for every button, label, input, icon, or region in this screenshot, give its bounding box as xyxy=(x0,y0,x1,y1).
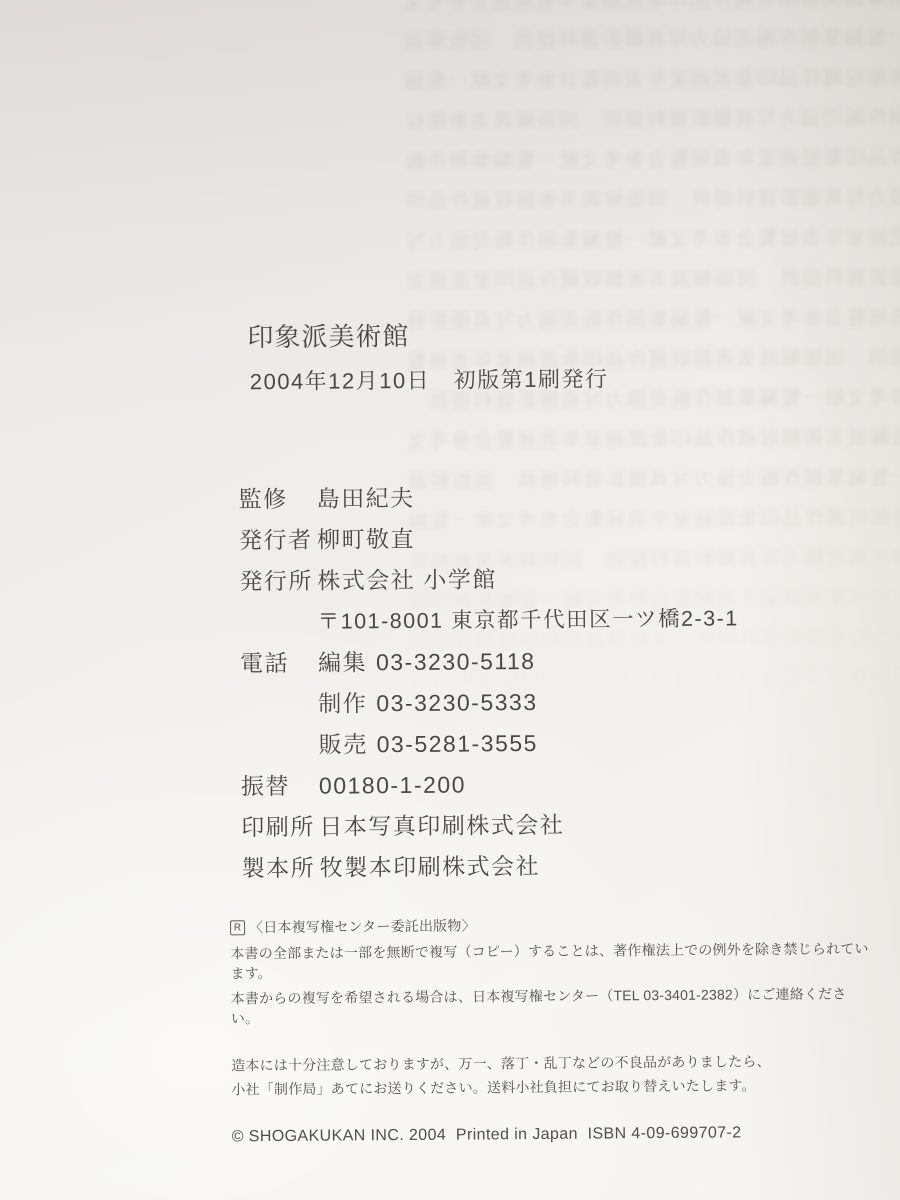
printer-label: 印刷所 xyxy=(241,815,319,841)
row-phone-editorial: 電話 編集03-3230-5118 xyxy=(240,647,800,676)
colophon-page-photo: 図版解説美術館収蔵作品印象派画家年表展覧会参考文献一覧編集制作販売協力写真撮影資… xyxy=(0,0,900,1200)
row-publisher-person: 発行者 柳町敬直 xyxy=(239,524,799,553)
row-bindery: 製本所 牧製本印刷株式会社 xyxy=(242,852,802,881)
phone-entry-editorial: 編集03-3230-5118 xyxy=(318,649,536,676)
bindery-name: 牧製本印刷株式会社 xyxy=(320,854,541,881)
row-postal-transfer: 振替 00180-1-200 xyxy=(241,770,801,799)
edition-line: 2004年12月10日 初版第1刷発行 xyxy=(250,366,609,395)
publisher-address: 〒101-8001 東京都千代田区一ツ橋2-3-1 xyxy=(318,606,739,634)
binding-notice-line1: 造本には十分注意しておりますが、万一、落丁・乱丁などの不良品がありましたら、 xyxy=(231,1050,871,1075)
phone-entry-production: 制作03-3230-5333 xyxy=(318,690,537,717)
supervisor-name: 島田紀夫 xyxy=(317,486,415,512)
reprography-heading: 〈日本複写権センター委託出版物〉 xyxy=(249,915,476,937)
phone-label-spacer-2 xyxy=(241,733,319,759)
row-address: 〒101-8001 東京都千代田区一ツ橋2-3-1 xyxy=(318,606,800,635)
phone-label: 電話 xyxy=(240,651,318,677)
publisher-company-label: 発行所 xyxy=(239,569,317,595)
binding-notice-line2: 小社「制作局」あてにお送りください。送料小社負担にてお取り替えいたします。 xyxy=(231,1074,871,1099)
phone-number-production: 03-3230-5333 xyxy=(376,689,537,716)
row-phone-sales: 販売03-5281-3555 xyxy=(241,729,801,758)
publisher-company-name: 株式会社 小学館 xyxy=(317,567,497,593)
phone-label-spacer-1 xyxy=(240,692,318,718)
phone-dept-editorial: 編集 xyxy=(318,649,367,675)
publisher-person-label: 発行者 xyxy=(239,528,317,554)
phone-number-editorial: 03-3230-5118 xyxy=(376,648,536,675)
bindery-label: 製本所 xyxy=(242,856,320,882)
phone-dept-sales: 販売 xyxy=(319,731,368,757)
legal-notices-block: R 〈日本複写権センター委託出版物〉 本書の全部または一部を無断で複写（コピー）… xyxy=(230,912,872,1147)
publisher-person-name: 柳町敬直 xyxy=(317,527,415,553)
reprography-notice-line1: 本書の全部または一部を無断で複写（コピー）することは、著作権法上での例外を除き禁… xyxy=(230,938,870,983)
supervisor-label: 監修 xyxy=(239,487,317,513)
copyright-isbn-line: © SHOGAKUKAN INC. 2004 Printed in Japan … xyxy=(232,1122,872,1147)
r-mark-icon: R xyxy=(230,920,245,935)
row-phone-production: 制作03-3230-5333 xyxy=(240,688,800,717)
phone-entry-sales: 販売03-5281-3555 xyxy=(319,731,538,758)
publication-info-block: 監修 島田紀夫 発行者 柳町敬直 発行所 株式会社 小学館 〒101-8001 … xyxy=(239,483,802,897)
postal-transfer-number: 00180-1-200 xyxy=(319,773,466,799)
row-publisher-company: 発行所 株式会社 小学館 xyxy=(239,565,799,594)
postal-transfer-label: 振替 xyxy=(241,774,319,800)
phone-number-sales: 03-5281-3555 xyxy=(377,730,538,757)
page-surface: 図版解説美術館収蔵作品印象派画家年表展覧会参考文献一覧編集制作販売協力写真撮影資… xyxy=(0,0,900,1200)
row-supervisor: 監修 島田紀夫 xyxy=(239,483,799,512)
printer-name: 日本写真印刷株式会社 xyxy=(319,813,564,840)
book-title: 印象派美術館 xyxy=(247,321,409,352)
reprography-notice-line2: 本書からの複写を希望される場合は、日本複写権センター（TEL 03-3401-2… xyxy=(231,983,871,1028)
phone-dept-production: 制作 xyxy=(318,690,367,716)
row-printer: 印刷所 日本写真印刷株式会社 xyxy=(241,811,801,840)
reprography-heading-line: R 〈日本複写権センター委託出版物〉 xyxy=(230,912,870,937)
